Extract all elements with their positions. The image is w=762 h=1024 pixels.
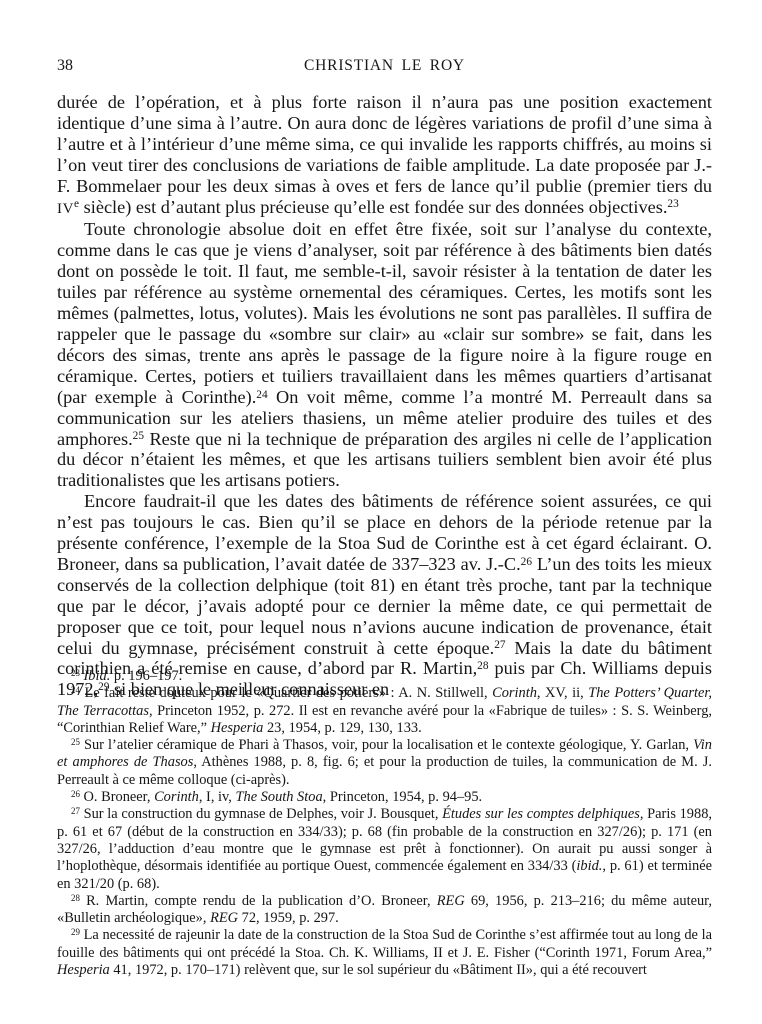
footnotes: 23 Ibid. p. 196–197.24 Le fait reste dou… [57, 668, 712, 979]
text-segment: REG [210, 910, 238, 926]
text-segment: , XV, ii, [537, 685, 588, 701]
text-segment: durée de l’opération, et à plus forte ra… [57, 92, 712, 196]
text-segment: siècle) est d’autant plus précieuse qu’e… [79, 197, 667, 217]
text-segment: p. 196–197. [110, 668, 182, 684]
text-segment: R. Martin, compte rendu de la publicatio… [86, 893, 437, 909]
footnote-23: 23 Ibid. p. 196–197. [57, 668, 712, 685]
text-segment: Le fait reste douteux pour le «Quartier … [84, 685, 492, 701]
footnote-number: 26 [71, 789, 80, 799]
text-segment: Sur l’atelier céramique de Phari à Thaso… [84, 737, 693, 753]
text-segment: Toute chronologie absolue doit en effet … [57, 219, 712, 406]
footnote-reference: 27 [494, 639, 505, 651]
footnote-reference: 23 [667, 198, 678, 210]
footnote-number: 25 [71, 737, 80, 747]
page-number: 38 [57, 57, 73, 75]
text-segment: , I, iv, [199, 789, 236, 805]
body-paragraph: Toute chronologie absolue doit en effet … [57, 219, 712, 491]
text-segment: Sur la construction du gymnase de Delphe… [84, 806, 443, 822]
text-segment: La necessité de rajeunir la date de la c… [57, 927, 712, 960]
footnote-29: 29 La necessité de rajeunir la date de l… [57, 927, 712, 979]
footnote-number: 24 [71, 685, 80, 695]
footnote-26: 26 O. Broneer, Corinth, I, iv, The South… [57, 789, 712, 806]
text-segment: Corinth [154, 789, 199, 805]
footnote-number: 28 [71, 893, 80, 903]
text-segment: O. Broneer, [84, 789, 155, 805]
running-title: CHRISTIAN LE ROY [57, 57, 712, 75]
footnote-28: 28 R. Martin, compte rendu de la publica… [57, 893, 712, 928]
footnote-24: 24 Le fait reste douteux pour le «Quarti… [57, 685, 712, 737]
footnote-reference: 24 [256, 389, 267, 401]
footnote-reference: e [74, 198, 79, 210]
text-segment: Reste que ni la technique de préparation… [57, 429, 712, 491]
text-segment: REG [437, 893, 465, 909]
footnote-reference: 25 [133, 430, 144, 442]
text-segment: 41, 1972, p. 170–171) relèvent que, sur … [110, 962, 647, 978]
footnote-reference: 26 [521, 556, 532, 568]
footnote-25: 25 Sur l’atelier céramique de Phari à Th… [57, 737, 712, 789]
text-segment: Études sur les comptes delphiques [442, 806, 640, 822]
page: 38 CHRISTIAN LE ROY durée de l’opération… [0, 0, 762, 1024]
footnote-number: 29 [71, 927, 80, 937]
text-segment: Ibid. [84, 668, 111, 684]
footnote-number: 27 [71, 806, 80, 816]
text-segment: ibid. [576, 858, 602, 874]
footnote-27: 27 Sur la construction du gymnase de Del… [57, 806, 712, 892]
footnote-number: 23 [71, 668, 80, 678]
text-segment: 72, 1959, p. 297. [238, 910, 339, 926]
text-segment: The South Stoa [236, 789, 323, 805]
body-text: durée de l’opération, et à plus forte ra… [57, 92, 712, 700]
text-segment: , Princeton, 1954, p. 94–95. [323, 789, 483, 805]
text-segment: 23, 1954, p. 129, 130, 133. [263, 720, 421, 736]
body-paragraph: durée de l’opération, et à plus forte ra… [57, 92, 712, 219]
text-segment: IV [57, 201, 74, 217]
page-header: 38 CHRISTIAN LE ROY [57, 57, 712, 77]
text-segment: Corinth [492, 685, 537, 701]
text-segment: Hesperia [57, 962, 110, 978]
text-segment: Hesperia [211, 720, 264, 736]
